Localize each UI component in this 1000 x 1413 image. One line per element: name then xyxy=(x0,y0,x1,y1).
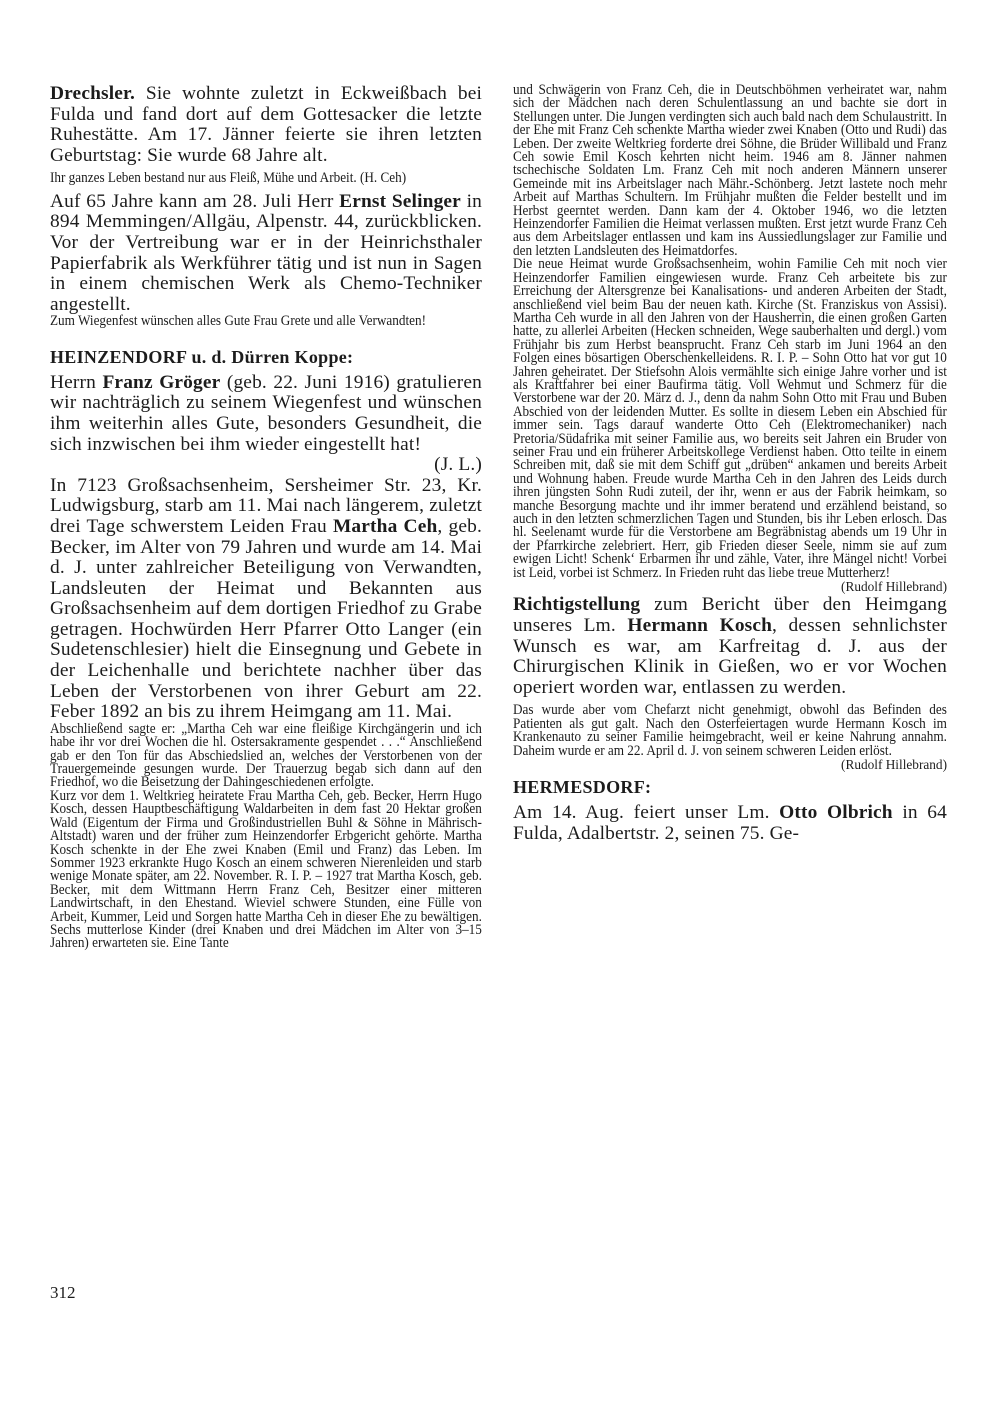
bold-name: Otto Olbrich xyxy=(779,802,893,823)
paragraph-drechsler: Drechsler. Sie wohnte zuletzt in Eckweiß… xyxy=(50,84,482,166)
right-column: und Schwägerin von Franz Ceh, die in Deu… xyxy=(513,84,947,845)
note-h-ceh: Ihr ganzes Leben bestand nur aus Fleiß, … xyxy=(50,172,482,185)
section-heading-heinzendorf: HEINZENDORF u. d. Dürren Koppe: xyxy=(50,347,482,367)
bold-name: Drechsler. xyxy=(50,83,135,104)
paragraph-selinger: Auf 65 Jahre kann am 28. Juli Herr Ernst… xyxy=(50,192,482,316)
note-wiegenfest: Zum Wiegenfest wünschen alles Gute Frau … xyxy=(50,315,482,328)
paragraph-funeral: Abschließend sagte er: „Martha Ceh war e… xyxy=(50,723,482,790)
bold-name: Franz Gröger xyxy=(102,372,220,393)
paragraph-new-home: Die neue Heimat wurde Großsachsenheim, w… xyxy=(513,258,947,580)
paragraph-olbrich: Am 14. Aug. feiert unser Lm. Otto Olbric… xyxy=(513,803,947,844)
bold-name: Martha Ceh xyxy=(333,516,437,537)
paragraph-kosch-details: Das wurde aber vom Chefarzt nicht genehm… xyxy=(513,704,947,758)
signature-jl: (J. L.) xyxy=(50,455,482,476)
bold-name: Hermann Kosch xyxy=(627,615,772,636)
page-number: 312 xyxy=(50,1283,76,1303)
signature-hillebrand-1: (Rudolf Hillebrand) xyxy=(513,580,947,593)
signature-hillebrand-2: (Rudolf Hillebrand) xyxy=(513,758,947,771)
section-heading-hermesdorf: HERMESDORF: xyxy=(513,777,947,797)
paragraph-biography-cont: und Schwägerin von Franz Ceh, die in Deu… xyxy=(513,84,947,258)
paragraph-correction: Richtigstellung zum Bericht über den Hei… xyxy=(513,595,947,698)
bold-lead: Richtigstellung xyxy=(513,594,640,615)
paragraph-biography: Kurz vor dem 1. Weltkrieg heiratete Frau… xyxy=(50,790,482,951)
left-column: Drechsler. Sie wohnte zuletzt in Eckweiß… xyxy=(50,84,482,951)
paragraph-martha-ceh: In 7123 Großsachsenheim, Sersheimer Str.… xyxy=(50,476,482,723)
bold-name: Ernst Selinger xyxy=(339,191,461,212)
paragraph-groeger: Herrn Franz Gröger (geb. 22. Juni 1916) … xyxy=(50,373,482,455)
